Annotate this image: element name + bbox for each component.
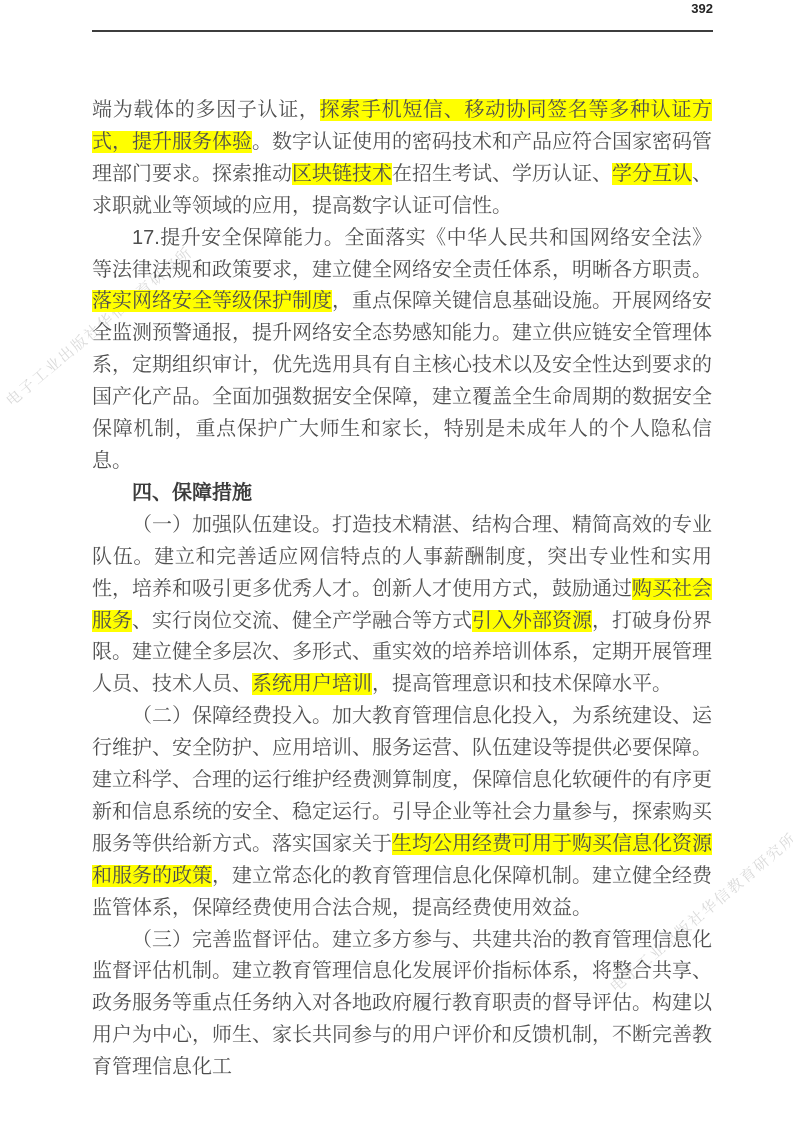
paragraph-17-security-capability: 17.提升安全保障能力。全面落实《中华人民共和国网络安全法》等法律法规和政策要求… [92,223,712,478]
highlighted-text: 系统用户培训 [252,673,372,695]
paragraph-4-1-team-building: （一）加强队伍建设。打造技术精湛、结构合理、精简高效的专业队伍。建立和完善适应网… [92,510,712,701]
text-run: ，提高管理意识和技术保障水平。 [372,673,672,695]
text-run: （一）加强队伍建设。打造技术精湛、结构合理、精简高效的专业队伍。建立和完善适应网… [92,514,712,600]
paragraph-4-2-funding: （二）保障经费投入。加大教育管理信息化投入，为系统建设、运行维护、安全防护、应用… [92,701,712,924]
heading-section-four-safeguards: 四、保障措施 [92,478,712,510]
highlighted-text: 落实网络安全等级保护制度 [92,290,332,312]
highlighted-text: 引入外部资源 [472,610,592,632]
text-run: 在招生考试、学历认证、 [392,163,612,185]
highlighted-text: 学分互认 [612,163,692,185]
document-body: 端为载体的多因子认证，探索手机短信、移动协同签名等多种认证方式，提升服务体验。数… [92,95,712,1084]
text-run: 四、保障措施 [132,482,252,504]
paragraph-4-3-supervision-evaluation: （三）完善监督评估。建立多方参与、共建共治的教育管理信息化监督评估机制。建立教育… [92,925,712,1085]
text-run: （三）完善监督评估。建立多方参与、共建共治的教育管理信息化监督评估机制。建立教育… [92,929,712,1079]
text-run: ，重点保障关键信息基础设施。开展网络安全监测预警通报，提升网络安全态势感知能力。… [92,290,712,472]
text-run: 、实行岗位交流、健全产学融合等方式 [132,610,472,632]
header-rule [92,30,713,32]
page-number: 392 [691,1,713,16]
paragraph-16-continuation: 端为载体的多因子认证，探索手机短信、移动协同签名等多种认证方式，提升服务体验。数… [92,95,712,223]
text-run: 17.提升安全保障能力。全面落实《中华人民共和国网络安全法》等法律法规和政策要求… [92,227,712,281]
highlighted-text: 区块链技术 [292,163,392,185]
text-run: 端为载体的多因子认证， [92,99,320,121]
